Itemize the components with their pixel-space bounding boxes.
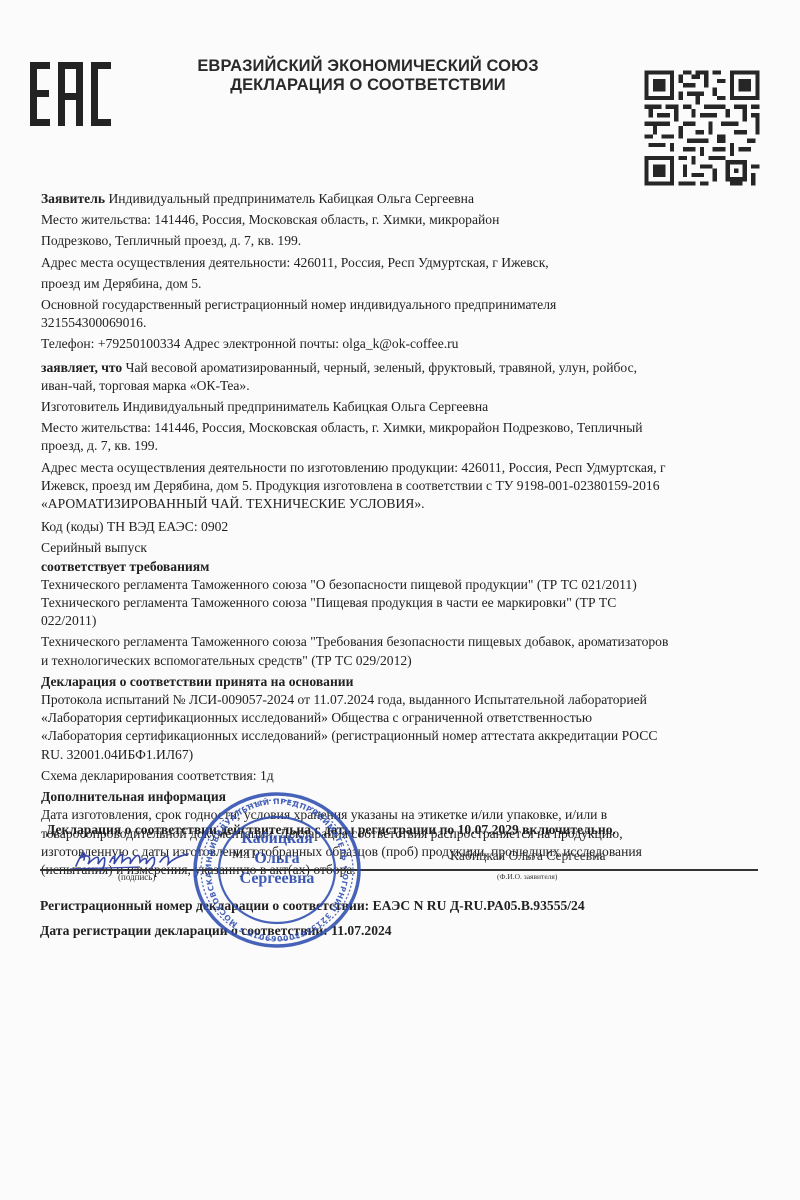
applicant-fio: Кабицкая Ольга Сергеевна — [450, 848, 606, 864]
requirement-item: и технологических вспомогательных средст… — [41, 652, 761, 670]
declaration-title: ДЕКЛАРАЦИЯ О СООТВЕТСТВИИ — [188, 76, 548, 95]
production-address-2: Ижевск, проезд им Дерябина, дом 5. Проду… — [41, 477, 761, 495]
declares-label: заявляет, что — [41, 360, 122, 375]
applicant-residence-2: Подрезково, Тепличный проезд, д. 7, кв. … — [41, 232, 761, 250]
applicant-activity-address-2: проезд им Дерябина, дом 5. — [41, 275, 761, 293]
release-type: Серийный выпуск — [41, 539, 761, 557]
applicant-activity-address-1: Адрес места осуществления деятельности: … — [41, 254, 761, 272]
requirement-item: Технического регламента Таможенного союз… — [41, 594, 761, 612]
fio-caption: (Ф.И.О. заявителя) — [497, 872, 557, 881]
ogrnip-value: 321554300069016. — [41, 314, 761, 332]
stamp-name: Кабицкая Ольга Сергеевна — [192, 829, 362, 889]
signature-line — [40, 869, 758, 871]
basis-line: Протокола испытаний № ЛСИ-009057-2024 от… — [41, 691, 761, 709]
declaration-scheme: Схема декларирования соответствия: 1д — [41, 767, 761, 785]
basis-line: «Лаборатория сертификационных исследован… — [41, 709, 761, 727]
additional-info-heading: Дополнительная информация — [41, 788, 761, 806]
product-description: Чай весовой ароматизированный, черный, з… — [126, 360, 637, 375]
qr-code-icon — [640, 64, 764, 192]
basis-line: «Лаборатория сертификационных исследован… — [41, 727, 761, 745]
manufacturer-name: Изготовитель Индивидуальный предпринимат… — [41, 398, 761, 416]
requirement-item: Технического регламента Таможенного союз… — [41, 576, 761, 594]
union-title: ЕВРАЗИЙСКИЙ ЭКОНОМИЧЕСКИЙ СОЮЗ — [188, 57, 548, 76]
signature-caption: (подпись) — [118, 872, 155, 882]
tn-ved-code: Код (коды) ТН ВЭД ЕАЭС: 0902 — [41, 518, 761, 536]
stamp-line: Сергеевна — [192, 869, 362, 889]
applicant-contacts: Телефон: +79250100334 Адрес электронной … — [41, 335, 761, 353]
requirements-heading: соответствует требованиям — [41, 558, 761, 576]
requirement-item: Технического регламента Таможенного союз… — [41, 633, 761, 651]
eac-logo-icon — [28, 60, 112, 128]
ogrnip-label: Основной государственный регистрационный… — [41, 296, 761, 314]
declares-line: заявляет, что Чай весовой ароматизирован… — [41, 359, 761, 377]
declaration-body: Заявитель Индивидуальный предприниматель… — [41, 190, 761, 879]
stamp-line: Ольга — [192, 849, 362, 869]
applicant-name: Индивидуальный предприниматель Кабицкая … — [108, 191, 474, 206]
manufacturer-residence-1: Место жительства: 141446, Россия, Москов… — [41, 419, 761, 437]
validity-statement: Декларация о соответствии действительна … — [46, 822, 766, 838]
basis-line: RU. 32001.04ИБФ1.ИЛ67) — [41, 746, 761, 764]
product-description-2: иван-чай, торговая марка «ОК-Tea». — [41, 377, 761, 395]
applicant-line: Заявитель Индивидуальный предприниматель… — [41, 190, 761, 208]
applicant-residence-1: Место жительства: 141446, Россия, Москов… — [41, 211, 761, 229]
basis-heading: Декларация о соответствии принята на осн… — [41, 673, 761, 691]
stamp-line: Кабицкая — [192, 829, 362, 849]
production-address-1: Адрес места осуществления деятельности п… — [41, 459, 761, 477]
production-address-3: «АРОМАТИЗИРОВАННЫЙ ЧАЙ. ТЕХНИЧЕСКИЕ УСЛО… — [41, 495, 761, 513]
applicant-label: Заявитель — [41, 191, 105, 206]
requirement-item: 022/2011) — [41, 612, 761, 630]
document-header: ЕВРАЗИЙСКИЙ ЭКОНОМИЧЕСКИЙ СОЮЗ ДЕКЛАРАЦИ… — [188, 57, 548, 95]
manufacturer-residence-2: проезд, д. 7, кв. 199. — [41, 437, 761, 455]
